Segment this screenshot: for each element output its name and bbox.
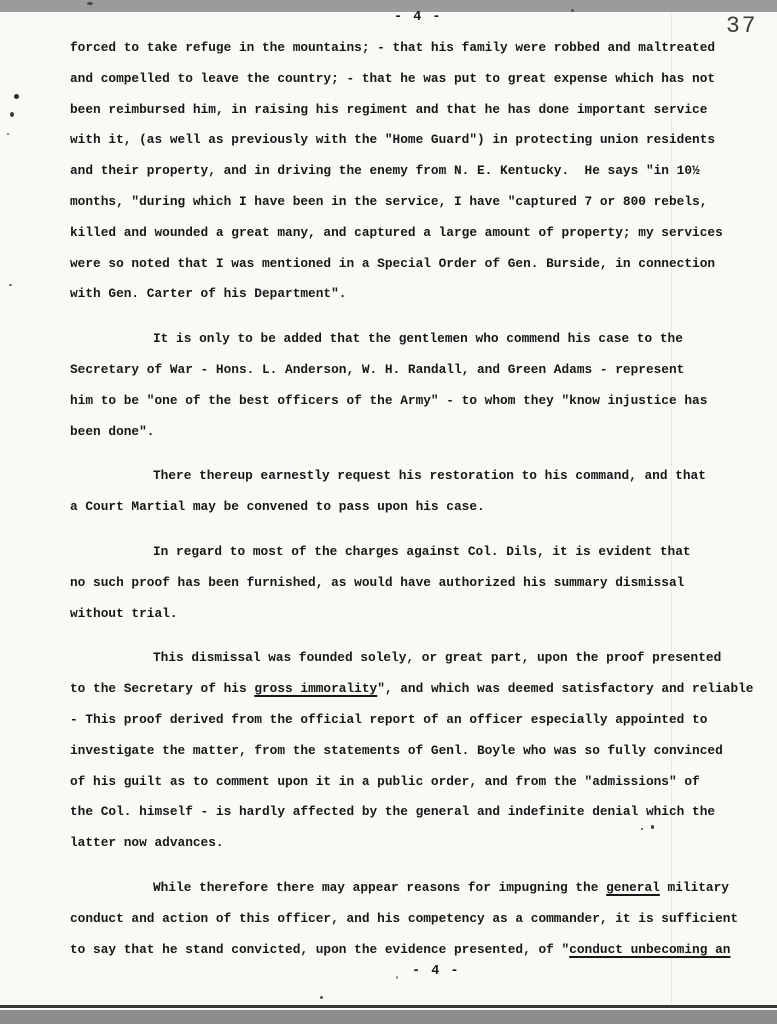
text-segment: been reimbursed him, in raising his regi… xyxy=(70,102,707,117)
text-segment: killed and wounded a great many, and cap… xyxy=(70,225,723,240)
text-segment: latter now advances. xyxy=(70,835,224,850)
text-segment: a Court Martial may be convened to pass … xyxy=(70,499,485,514)
text-segment: and their property, and in driving the e… xyxy=(70,163,700,178)
text-segment: no such proof has been furnished, as wou… xyxy=(70,575,684,590)
text-segment: - This proof derived from the official r… xyxy=(70,712,707,727)
ink-speck xyxy=(10,112,14,117)
ink-speck xyxy=(7,133,9,135)
paragraph: forced to take refuge in the mountains; … xyxy=(70,33,770,310)
paragraph: It is only to be added that the gentleme… xyxy=(70,324,770,447)
text-segment: forced to take refuge in the mountains; … xyxy=(70,40,715,55)
text-line: him to be "one of the best officers of t… xyxy=(70,386,770,417)
ink-speck xyxy=(320,996,323,999)
text-segment: investigate the matter, from the stateme… xyxy=(70,743,723,758)
underlined-text: gross immorality xyxy=(254,681,377,696)
paragraph: While therefore there may appear reasons… xyxy=(70,873,770,965)
text-segment: the Col. himself - is hardly affected by… xyxy=(70,804,715,819)
scanner-band-top xyxy=(0,0,777,12)
text-segment: ", and which was deemed satisfactory and… xyxy=(377,681,753,696)
underlined-text: general xyxy=(606,880,660,895)
text-line: with it, (as well as previously with the… xyxy=(70,125,770,156)
text-line: and compelled to leave the country; - th… xyxy=(70,64,770,95)
ink-speck xyxy=(651,825,654,829)
text-segment: conduct and action of this officer, and … xyxy=(70,911,738,926)
ink-speck xyxy=(641,828,643,830)
paragraph: In regard to most of the charges against… xyxy=(70,537,770,629)
document-body: forced to take refuge in the mountains; … xyxy=(70,33,770,965)
text-line: It is only to be added that the gentleme… xyxy=(70,324,770,355)
ink-speck xyxy=(571,9,574,12)
page-number-header: - 4 - xyxy=(394,10,442,25)
text-segment: This dismissal was founded solely, or gr… xyxy=(153,650,721,665)
text-segment: with it, (as well as previously with the… xyxy=(70,132,715,147)
text-line: months, "during which I have been in the… xyxy=(70,187,770,218)
text-line: and their property, and in driving the e… xyxy=(70,156,770,187)
text-segment: It is only to be added that the gentleme… xyxy=(153,331,683,346)
text-segment: military xyxy=(660,880,729,895)
text-line: latter now advances. xyxy=(70,828,770,859)
paragraph: There thereup earnestly request his rest… xyxy=(70,461,770,523)
scanner-band-bottom xyxy=(0,1010,777,1024)
text-line: Secretary of War - Hons. L. Anderson, W.… xyxy=(70,355,770,386)
scanned-document-page: - 4 - 37 forced to take refuge in the mo… xyxy=(0,0,777,1024)
underlined-text: conduct unbecoming an xyxy=(569,942,730,957)
text-line: investigate the matter, from the stateme… xyxy=(70,736,770,767)
text-line: with Gen. Carter of his Department". xyxy=(70,279,770,310)
text-segment: There thereup earnestly request his rest… xyxy=(153,468,706,483)
text-segment: to say that he stand convicted, upon the… xyxy=(70,942,569,957)
text-line: been done". xyxy=(70,417,770,448)
text-segment: him to be "one of the best officers of t… xyxy=(70,393,707,408)
page-edge-line xyxy=(0,1005,777,1008)
text-line: were so noted that I was mentioned in a … xyxy=(70,249,770,280)
text-line: This dismissal was founded solely, or gr… xyxy=(70,643,770,674)
text-line: a Court Martial may be convened to pass … xyxy=(70,492,770,523)
text-line: without trial. xyxy=(70,599,770,630)
text-segment: and compelled to leave the country; - th… xyxy=(70,71,715,86)
text-line: forced to take refuge in the mountains; … xyxy=(70,33,770,64)
page-number-footer: - 4 - xyxy=(412,964,460,979)
ink-speck xyxy=(14,94,19,99)
text-line: of his guilt as to comment upon it in a … xyxy=(70,767,770,798)
text-line: to say that he stand convicted, upon the… xyxy=(70,935,770,966)
text-segment: months, "during which I have been in the… xyxy=(70,194,707,209)
paragraph: This dismissal was founded solely, or gr… xyxy=(70,643,770,859)
text-segment: to the Secretary of his xyxy=(70,681,254,696)
text-segment: In regard to most of the charges against… xyxy=(153,544,691,559)
text-line: While therefore there may appear reasons… xyxy=(70,873,770,904)
text-line: been reimbursed him, in raising his regi… xyxy=(70,95,770,126)
text-segment: been done". xyxy=(70,424,154,439)
text-line: to the Secretary of his gross immorality… xyxy=(70,674,770,705)
text-line: the Col. himself - is hardly affected by… xyxy=(70,797,770,828)
text-line: no such proof has been furnished, as wou… xyxy=(70,568,770,599)
text-segment: without trial. xyxy=(70,606,178,621)
text-line: - This proof derived from the official r… xyxy=(70,705,770,736)
ink-speck xyxy=(87,2,93,5)
text-line: There thereup earnestly request his rest… xyxy=(70,461,770,492)
text-segment: with Gen. Carter of his Department". xyxy=(70,286,346,301)
text-line: In regard to most of the charges against… xyxy=(70,537,770,568)
text-segment: were so noted that I was mentioned in a … xyxy=(70,256,715,271)
ink-speck xyxy=(9,284,12,286)
text-segment: Secretary of War - Hons. L. Anderson, W.… xyxy=(70,362,684,377)
ink-speck xyxy=(396,976,398,979)
text-segment: While therefore there may appear reasons… xyxy=(153,880,606,895)
text-line: conduct and action of this officer, and … xyxy=(70,904,770,935)
text-line: killed and wounded a great many, and cap… xyxy=(70,218,770,249)
text-segment: of his guilt as to comment upon it in a … xyxy=(70,774,700,789)
